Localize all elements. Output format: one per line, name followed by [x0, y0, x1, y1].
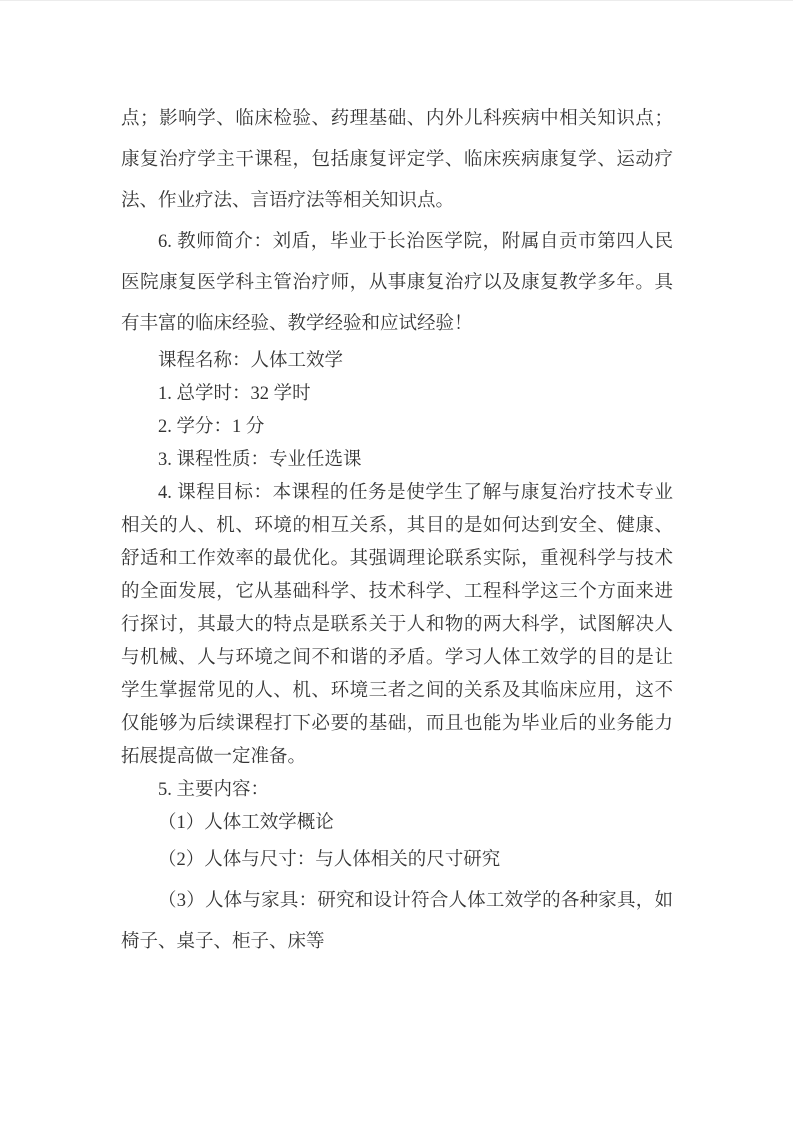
paragraph-content-item-3: （3）人体与家具：研究和设计符合人体工效学的各种家具，如椅子、桌子、柜子、床等	[121, 881, 673, 963]
document-page: 点；影响学、临床检验、药理基础、内外儿科疾病中相关知识点；康复治疗学主干课程，包…	[0, 0, 793, 1122]
paragraph-course-objectives: 4. 课程目标：本课程的任务是使学生了解与康复治疗技术专业相关的人、机、环境的相…	[121, 477, 673, 774]
line-course-type: 3. 课程性质：专业任选课	[121, 444, 673, 477]
line-main-content-heading: 5. 主要内容：	[121, 774, 673, 807]
line-total-hours: 1. 总学时：32 学时	[121, 378, 673, 411]
paragraph-teacher-intro: 6. 教师简介：刘盾，毕业于长治医学院，附属自贡市第四人民医院康复医学科主管治疗…	[121, 222, 673, 345]
line-course-name: 课程名称：人体工效学	[121, 345, 673, 378]
paragraph-course-overview-continuation: 点；影响学、临床检验、药理基础、内外儿科疾病中相关知识点；康复治疗学主干课程，包…	[121, 99, 673, 222]
line-content-item-1: （1）人体工效学概论	[121, 807, 673, 840]
line-credits: 2. 学分：1 分	[121, 411, 673, 444]
page-top-edge	[0, 0, 793, 1]
line-content-item-2: （2）人体与尺寸：与人体相关的尺寸研究	[121, 840, 673, 881]
